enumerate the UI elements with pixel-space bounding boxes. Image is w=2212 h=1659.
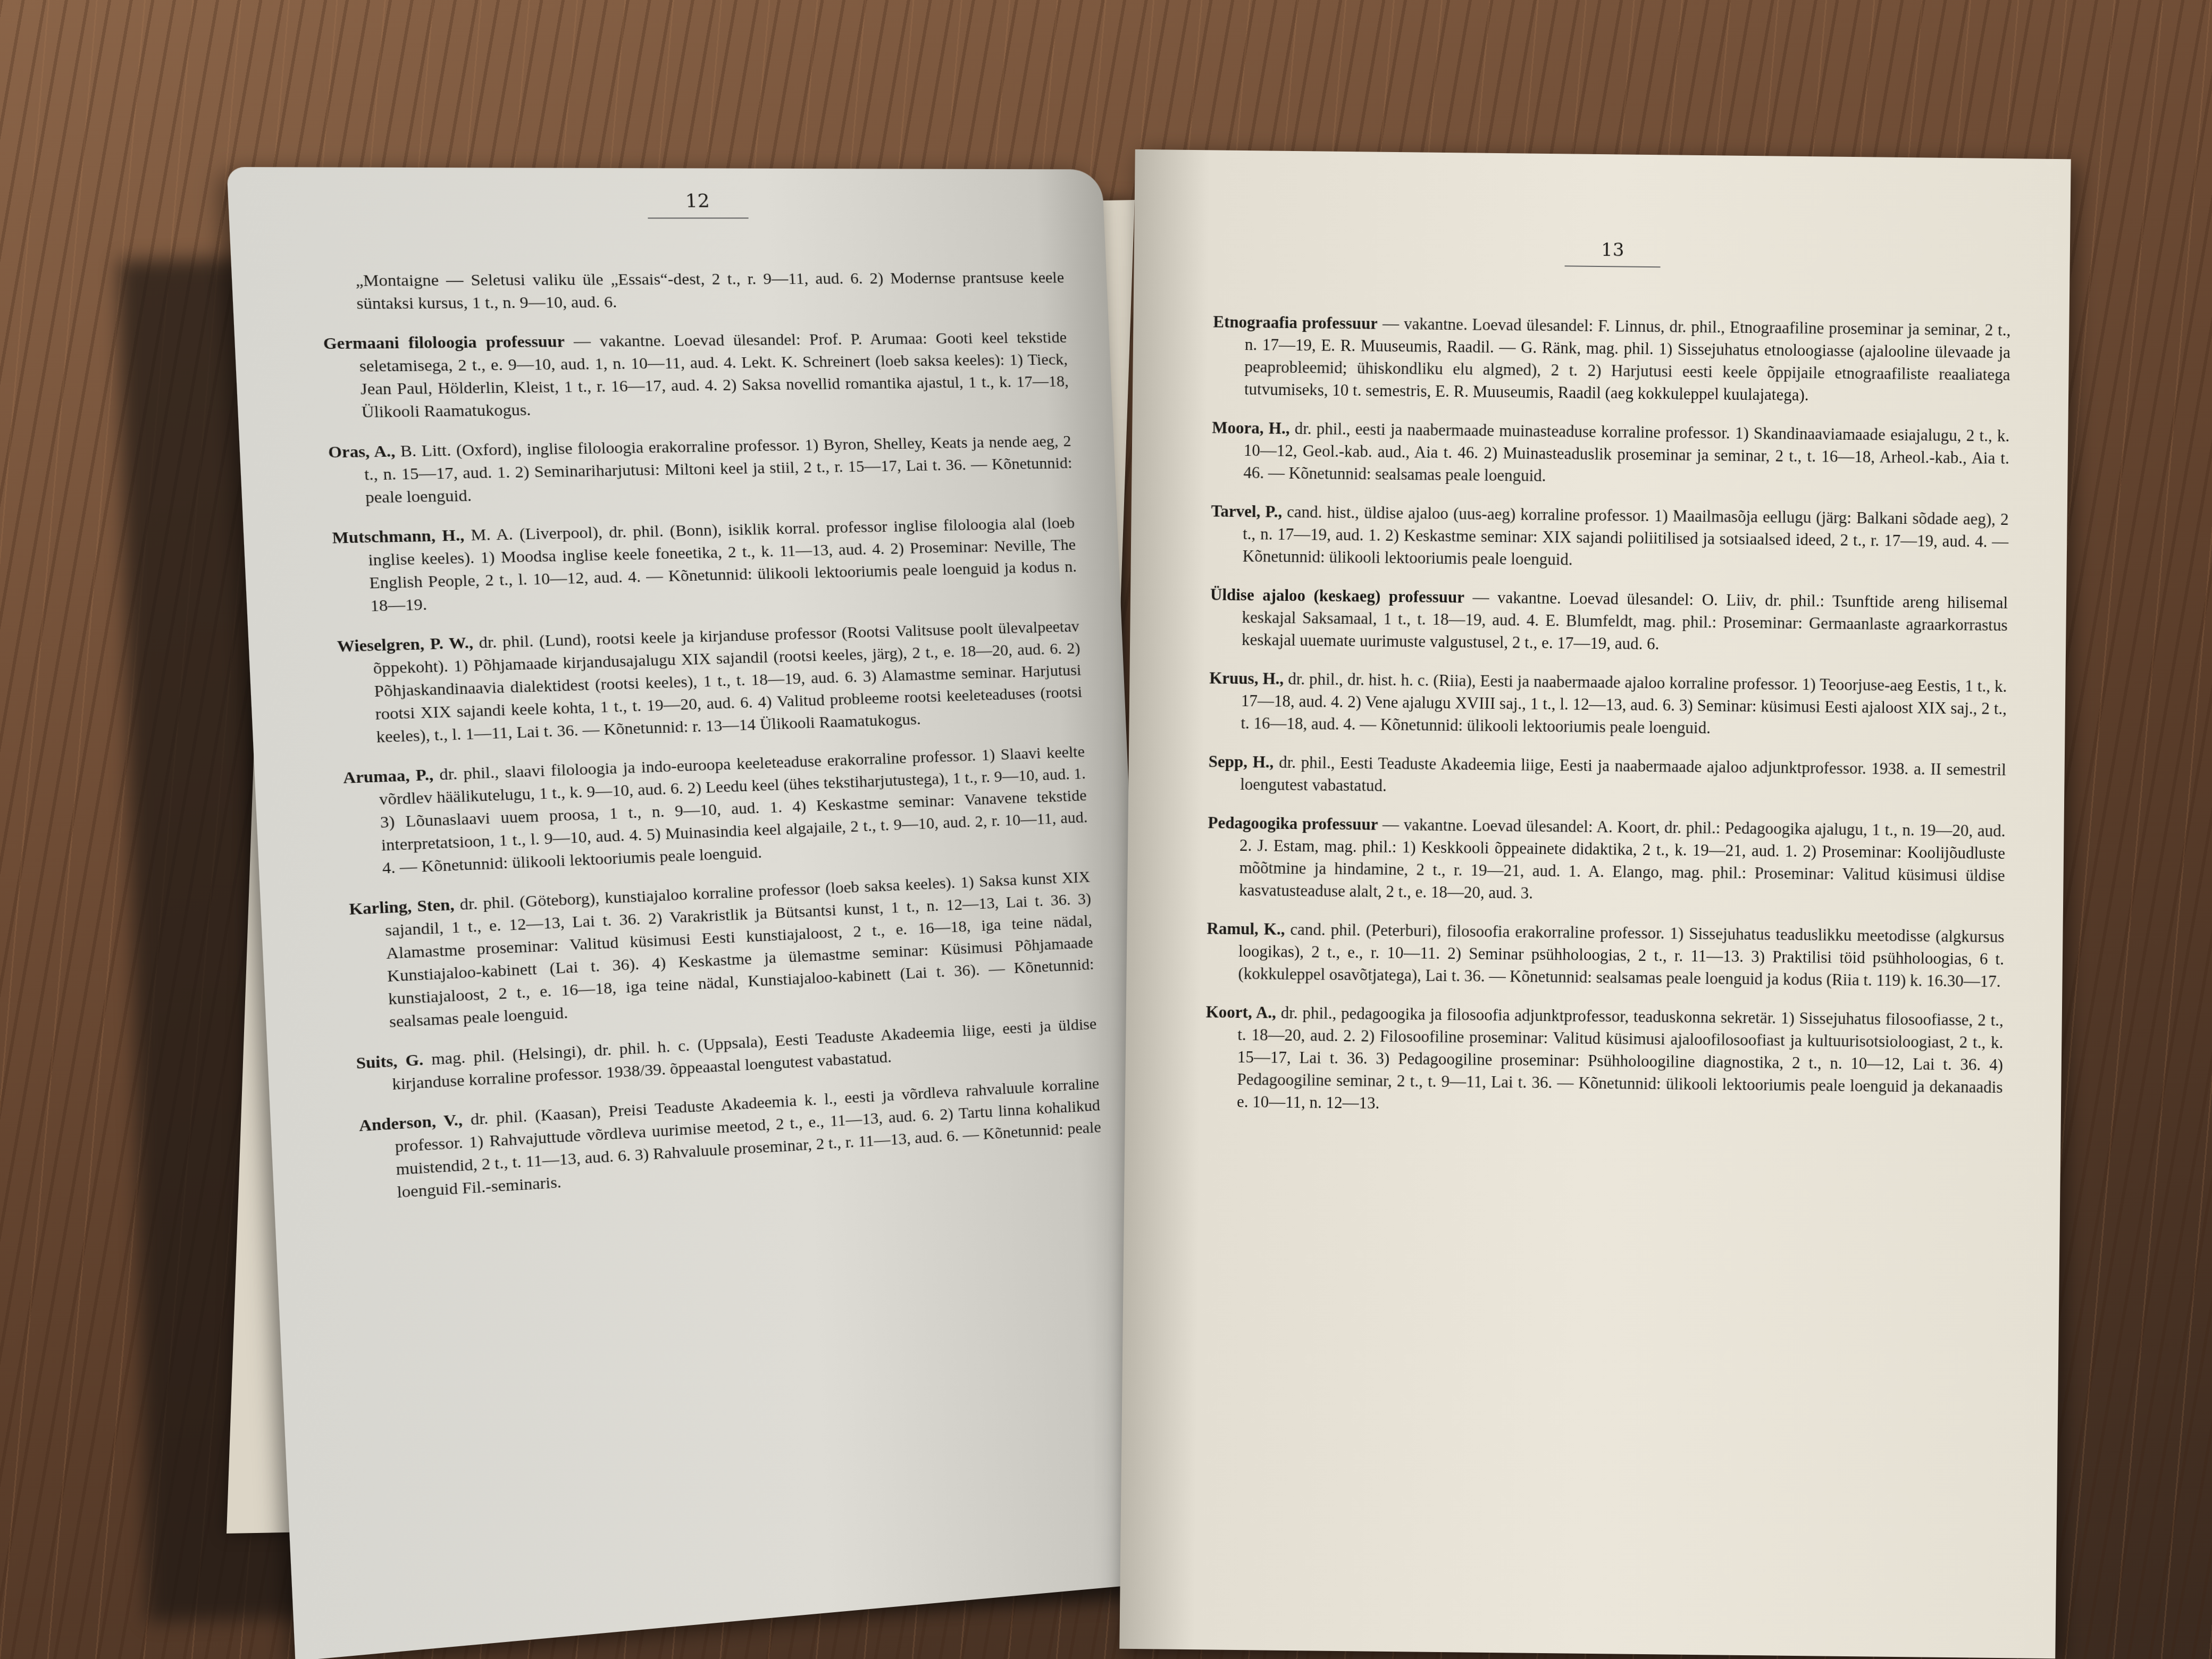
- entry-text: dr. phil., Eesti Teaduste Akadeemia liig…: [1240, 753, 2006, 795]
- page-left: 12 „Montaigne — Seletusi valiku üle „Ess…: [227, 167, 1163, 1659]
- entry-text: M. A. (Liverpool), dr. phil. (Bonn), isi…: [368, 514, 1077, 615]
- entry-text: dr. phil., slaavi filoloogia ja indo-eur…: [379, 743, 1088, 877]
- entry-heading: Anderson, V.,: [358, 1111, 463, 1135]
- entry-heading: Pedagoogika professuur: [1208, 813, 1378, 833]
- entry-mutschmann: Mutschmann, H., M. A. (Liverpool), dr. p…: [332, 512, 1078, 618]
- entry-text: dr. phil., dr. hist. h. c. (Riia), Eesti…: [1241, 669, 2007, 737]
- entry-heading: Karling, Sten,: [349, 895, 455, 918]
- entry-heading: Suits, G.: [356, 1051, 424, 1073]
- entry-anderson: Anderson, V., dr. phil. (Kaasan), Preisi…: [358, 1073, 1102, 1206]
- entry-sepp: Sepp, H., dr. phil., Eesti Teaduste Akad…: [1208, 750, 2006, 803]
- entry-heading: Üldise ajaloo (keskaeg) professuur: [1210, 585, 1464, 606]
- entry-text: dr. phil. (Göteborg), kunstiajaloo korra…: [384, 868, 1094, 1031]
- entry-germaani-filoloogia: Germaani filoloogia professuur — vakantn…: [323, 326, 1070, 424]
- entry-wieselgren: Wieselgren, P. W., dr. phil. (Lund), roo…: [337, 615, 1084, 750]
- page-number-rule: [648, 217, 748, 219]
- page-number: 13: [1214, 235, 2012, 265]
- entry-koort: Koort, A., dr. phil., pedagoogika ja fil…: [1205, 1001, 2004, 1121]
- entry-karling: Karling, Sten, dr. phil. (Göteborg), kun…: [349, 866, 1095, 1035]
- entry-oras: Oras, A., B. Litt. (Oxford), inglise fil…: [328, 430, 1074, 510]
- entry-continuation: „Montaigne — Seletusi valiku üle „Essais…: [320, 266, 1066, 315]
- entry-tarvel: Tarvel, P., cand. hist., üldise ajaloo (…: [1211, 500, 2009, 575]
- entry-text: dr. phil. (Kaasan), Preisi Teaduste Akad…: [395, 1075, 1101, 1202]
- page-number-rule: [1565, 265, 1661, 267]
- entry-uldise-ajaloo-keskaeg: Üldise ajaloo (keskaeg) professuur — vak…: [1210, 583, 2008, 659]
- entry-text: dr. phil., eesti ja naabermaade muinaste…: [1243, 419, 2009, 485]
- entry-heading: Mutschmann, H.,: [332, 526, 465, 547]
- entry-heading: Arumaa, P.,: [342, 766, 433, 787]
- entry-heading: Moora, H.,: [1212, 418, 1290, 438]
- page-right: 13 Etnograafia professuur — vakantne. Lo…: [1119, 149, 2071, 1658]
- entry-heading: Sepp, H.,: [1209, 752, 1274, 771]
- entry-text: cand. phil. (Peterburi), filosoofia erak…: [1238, 920, 2004, 991]
- entry-text: B. Litt. (Oxford), inglise filoloogia er…: [364, 432, 1073, 507]
- entry-kruus: Kruus, H., dr. phil., dr. hist. h. c. (R…: [1209, 667, 2007, 742]
- entry-etnograafia: Etnograafia professuur — vakantne. Loeva…: [1212, 311, 2011, 408]
- entry-heading: Wieselgren, P. W.,: [337, 634, 473, 656]
- entry-heading: Germaani filoloogia professuur: [323, 332, 565, 353]
- entry-text: „Montaigne — Seletusi valiku üle „Essais…: [355, 269, 1065, 313]
- entry-text: dr. phil., pedagoogika ja filosoofia adj…: [1237, 1003, 2004, 1112]
- entry-heading: Tarvel, P.,: [1211, 501, 1283, 521]
- entry-heading: Etnograafia professuur: [1213, 312, 1378, 332]
- entry-ramul: Ramul, K., cand. phil. (Peterburi), filo…: [1206, 917, 2004, 993]
- entry-heading: Kruus, H.,: [1209, 668, 1284, 688]
- entry-heading: Koort, A.,: [1206, 1002, 1276, 1021]
- page-number: 12: [316, 190, 1061, 212]
- entry-arumaa: Arumaa, P., dr. phil., slaavi filoloogia…: [342, 741, 1089, 881]
- entry-pedagoogika: Pedagoogika professuur — vakantne. Loeva…: [1207, 811, 2006, 909]
- entry-moora: Moora, H., dr. phil., eesti ja naabermaa…: [1211, 416, 2009, 492]
- entry-heading: Oras, A.,: [328, 442, 396, 462]
- entry-heading: Ramul, K.,: [1206, 919, 1285, 939]
- entry-text: cand. hist., üldise ajaloo (uus-aeg) kor…: [1243, 502, 2009, 569]
- entry-text: dr. phil. (Lund), rootsi keele ja kirjan…: [373, 617, 1083, 746]
